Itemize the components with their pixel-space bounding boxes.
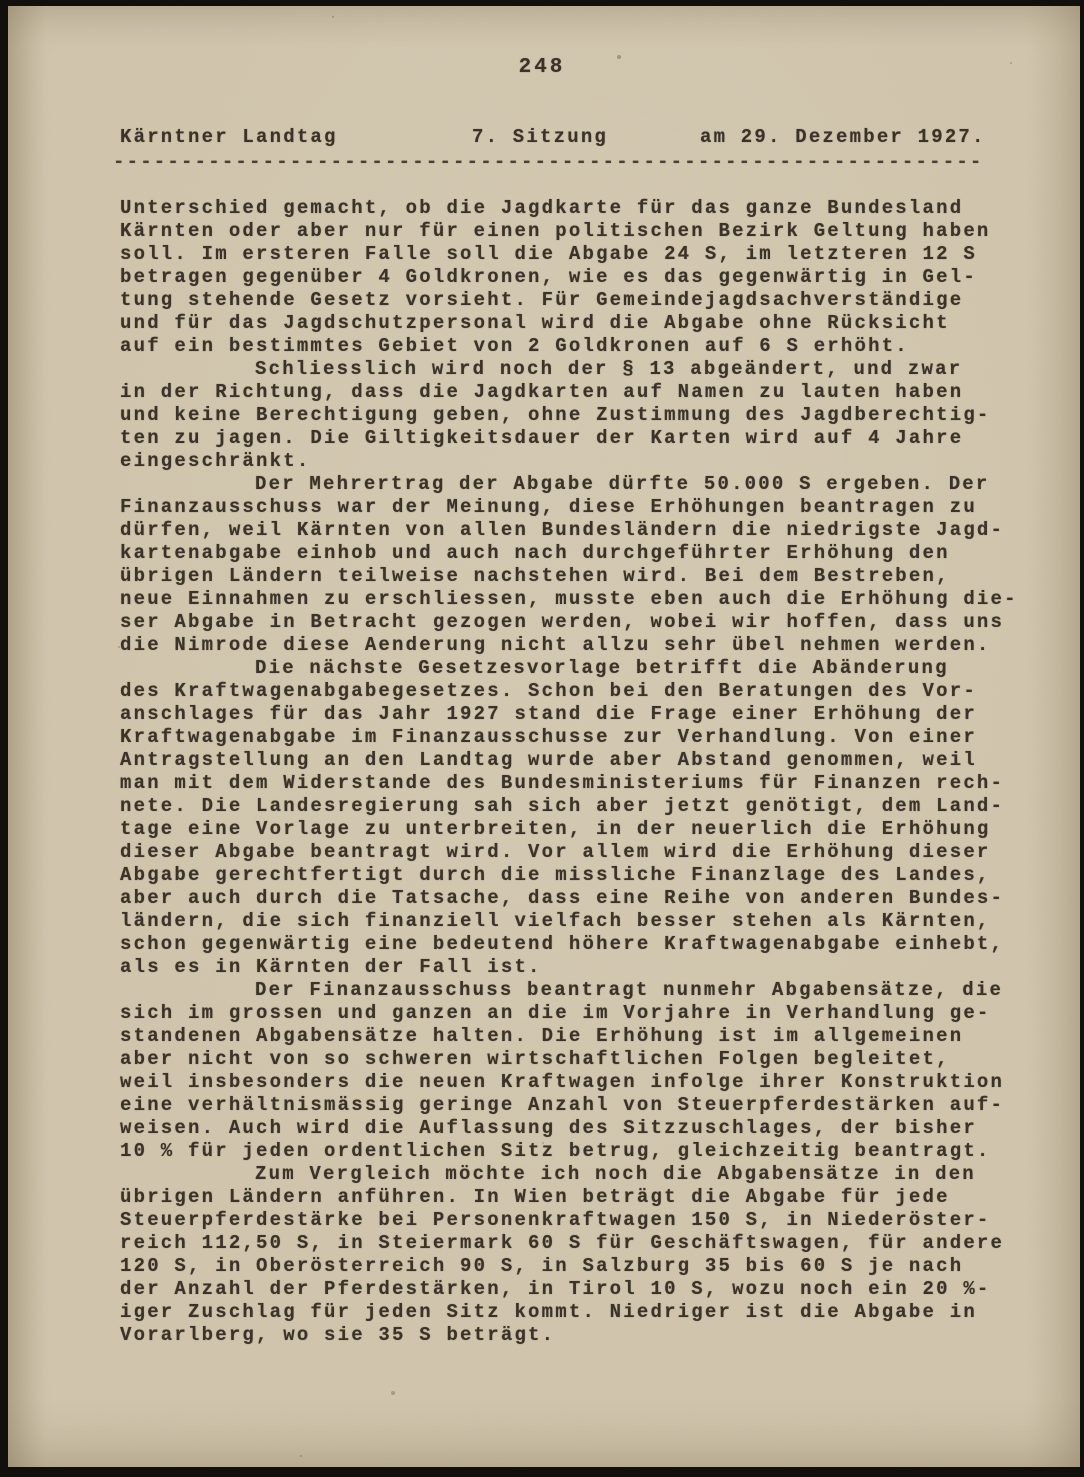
- document-body: Unterschied gemacht, ob die Jagdkarte fü…: [120, 197, 1025, 1347]
- page-number: 248: [0, 56, 1084, 79]
- text-line: ten zu jagen. Die Giltigkeitsdauer der K…: [120, 427, 1025, 450]
- text-line: auf ein bestimmtes Gebiet von 2 Goldkron…: [120, 335, 1025, 358]
- header-date-label: am 29. Dezember 1927.: [700, 126, 986, 148]
- text-line: eingeschränkt.: [120, 450, 1025, 473]
- text-line: die Nimrode diese Aenderung nicht allzu …: [120, 634, 1025, 657]
- text-line: Finanzausschuss war der Meinung, diese E…: [120, 496, 1025, 519]
- text-line: neue Einnahmen zu erschliessen, musste e…: [120, 588, 1025, 611]
- text-line: Kärnten oder aber nur für einen politisc…: [120, 220, 1025, 243]
- text-line: aber nicht von so schweren wirtschaftlic…: [120, 1048, 1025, 1071]
- text-line: ser Abgabe in Betracht gezogen werden, w…: [120, 611, 1025, 634]
- text-line: Die nächste Gesetzesvorlage betrifft die…: [120, 657, 1025, 680]
- header-body-label: Kärntner Landtag: [120, 126, 338, 148]
- text-line: Antragstellung an den Landtag wurde aber…: [120, 749, 1025, 772]
- text-line: dürfen, weil Kärnten von allen Bundeslän…: [120, 519, 1025, 542]
- text-line: soll. Im ersteren Falle soll die Abgabe …: [120, 243, 1025, 266]
- header-dashed-rule: ----------------------------------------…: [113, 151, 984, 173]
- paragraph: Unterschied gemacht, ob die Jagdkarte fü…: [120, 197, 1025, 358]
- text-line: in der Richtung, dass die Jagdkarten auf…: [120, 381, 1025, 404]
- paragraph: Schliesslich wird noch der § 13 abgeände…: [120, 358, 1025, 473]
- text-line: Kraftwagenabgabe im Finanzausschusse zur…: [120, 726, 1025, 749]
- text-line: als es in Kärnten der Fall ist.: [120, 956, 1025, 979]
- text-line: dieser Abgabe beantragt wird. Vor allem …: [120, 841, 1025, 864]
- text-line: Der Mehrertrag der Abgabe dürfte 50.000 …: [120, 473, 1025, 496]
- text-line: der Anzahl der Pferdestärken, in Tirol 1…: [120, 1278, 1025, 1301]
- text-line: reich 112,50 S, in Steiermark 60 S für G…: [120, 1232, 1025, 1255]
- text-line: tage eine Vorlage zu unterbreiten, in de…: [120, 818, 1025, 841]
- paragraph: Der Finanzausschuss beantragt nunmehr Ab…: [120, 979, 1025, 1163]
- text-line: übrigen Ländern anführen. In Wien beträg…: [120, 1186, 1025, 1209]
- text-line: tung stehende Gesetz vorsieht. Für Gemei…: [120, 289, 1025, 312]
- text-line: Unterschied gemacht, ob die Jagdkarte fü…: [120, 197, 1025, 220]
- text-line: 10 % für jeden ordentlichen Sitz betrug,…: [120, 1140, 1025, 1163]
- paragraph: Der Mehrertrag der Abgabe dürfte 50.000 …: [120, 473, 1025, 657]
- text-line: weil insbesonders die neuen Kraftwagen i…: [120, 1071, 1025, 1094]
- text-line: Zum Vergleich möchte ich noch die Abgabe…: [120, 1163, 1025, 1186]
- text-line: iger Zuschlag für jeden Sitz kommt. Nied…: [120, 1301, 1025, 1324]
- paragraph: Die nächste Gesetzesvorlage betrifft die…: [120, 657, 1025, 979]
- text-line: Vorarlberg, wo sie 35 S beträgt.: [120, 1324, 1025, 1347]
- text-line: eine verhältnismässig geringe Anzahl von…: [120, 1094, 1025, 1117]
- text-line: und für das Jagdschutzpersonal wird die …: [120, 312, 1025, 335]
- header-session-label: 7. Sitzung: [472, 126, 608, 148]
- paragraph: Zum Vergleich möchte ich noch die Abgabe…: [120, 1163, 1025, 1347]
- text-line: sich im grossen und ganzen an die im Vor…: [120, 1002, 1025, 1025]
- text-line: des Kraftwagenabgabegesetzes. Schon bei …: [120, 680, 1025, 703]
- text-line: kartenabgabe einhob und auch nach durchg…: [120, 542, 1025, 565]
- text-line: 120 S, in Oberösterreich 90 S, in Salzbu…: [120, 1255, 1025, 1278]
- page-content: 248 Kärntner Landtag 7. Sitzung am 29. D…: [0, 0, 1084, 1477]
- text-line: anschlages für das Jahr 1927 stand die F…: [120, 703, 1025, 726]
- text-line: aber auch durch die Tatsache, dass eine …: [120, 887, 1025, 910]
- text-line: ländern, die sich finanziell vielfach be…: [120, 910, 1025, 933]
- scanned-page: 248 Kärntner Landtag 7. Sitzung am 29. D…: [0, 0, 1084, 1477]
- text-line: schon gegenwärtig eine bedeutend höhere …: [120, 933, 1025, 956]
- text-line: Abgabe gerechtfertigt durch die misslich…: [120, 864, 1025, 887]
- text-line: und keine Berechtigung geben, ohne Zusti…: [120, 404, 1025, 427]
- text-line: man mit dem Widerstande des Bundesminist…: [120, 772, 1025, 795]
- text-line: Steuerpferdestärke bei Personenkraftwage…: [120, 1209, 1025, 1232]
- text-line: Schliesslich wird noch der § 13 abgeände…: [120, 358, 1025, 381]
- text-line: standenen Abgabensätze halten. Die Erhöh…: [120, 1025, 1025, 1048]
- text-line: nete. Die Landesregierung sah sich aber …: [120, 795, 1025, 818]
- text-line: weisen. Auch wird die Auflassung des Sit…: [120, 1117, 1025, 1140]
- text-line: übrigen Ländern teilweise nachstehen wir…: [120, 565, 1025, 588]
- text-line: betragen gegenüber 4 Goldkronen, wie es …: [120, 266, 1025, 289]
- text-line: Der Finanzausschuss beantragt nunmehr Ab…: [120, 979, 1025, 1002]
